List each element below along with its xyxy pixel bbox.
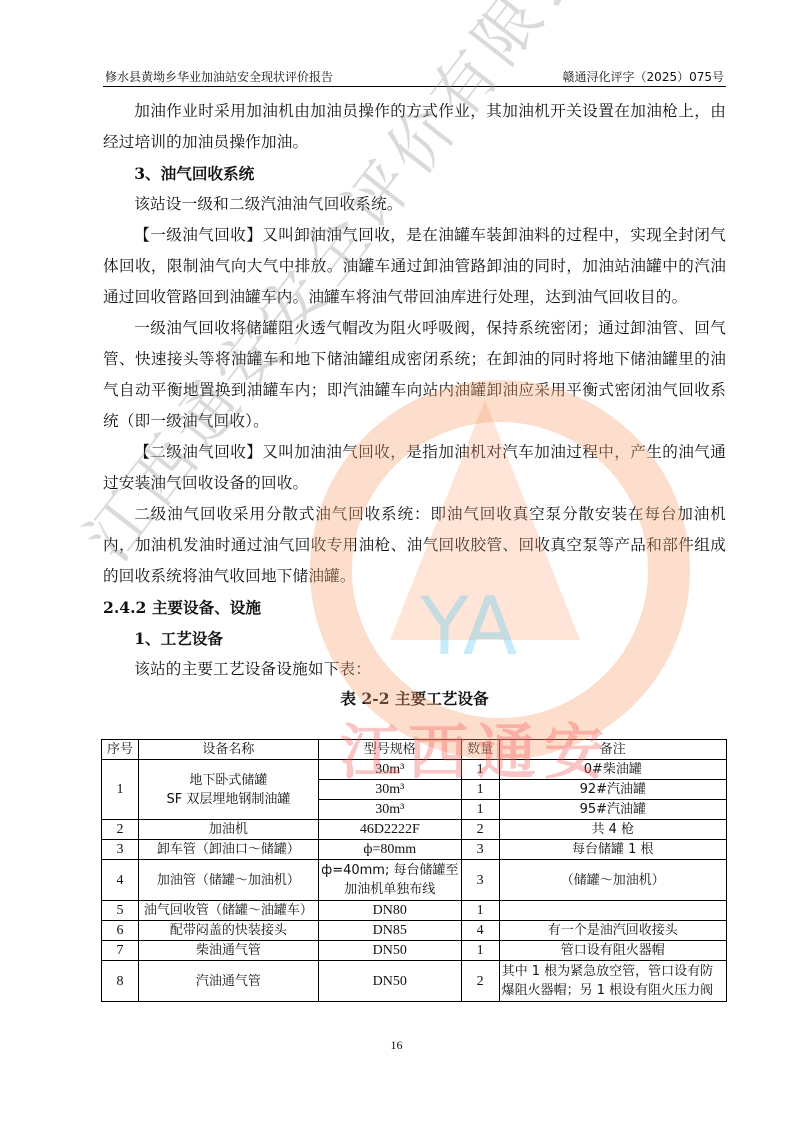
header-cell: 备注 bbox=[499, 740, 726, 760]
document-body: 加油作业时采用加油机由加油员操作的方式作业，其加油机开关设置在加油枪上，由经过培… bbox=[103, 96, 726, 713]
page-header: 修水县黄坳乡华业加油站安全现状评价报告 赣通浔化评字（2025）075号 bbox=[103, 66, 726, 87]
cell-spec: 30m³ bbox=[318, 760, 461, 780]
cell-name: 汽油通气管 bbox=[138, 961, 318, 1002]
paragraph: 【二级油气回收】又叫加油油气回收，是指加油机对汽车加油过程中，产生的油气通过安装… bbox=[103, 437, 726, 499]
table-row: 2 加油机 46D2222F 2 共 4 枪 bbox=[102, 820, 727, 840]
cell-no: 1 bbox=[102, 760, 139, 820]
cell-name: 配带闷盖的快装接头 bbox=[138, 921, 318, 941]
cell-no: 4 bbox=[102, 860, 139, 901]
cell-spec: DN85 bbox=[318, 921, 461, 941]
cell-spec: ф=80mm bbox=[318, 840, 461, 860]
table-row: 5 油气回收管（储罐～油罐车） DN80 1 bbox=[102, 901, 727, 921]
equipment-table: 序号 设备名称 型号规格 数量 备注 1 地下卧式储罐 SF 双层埋地钢制油罐 … bbox=[101, 739, 727, 1002]
cell-no: 3 bbox=[102, 840, 139, 860]
cell-note: （储罐～加油机） bbox=[499, 860, 726, 901]
cell-qty: 3 bbox=[461, 840, 499, 860]
section-heading: 3、油气回收系统 bbox=[103, 158, 726, 189]
cell-no: 6 bbox=[102, 921, 139, 941]
cell-spec: 30m³ bbox=[318, 780, 461, 800]
cell-qty: 1 bbox=[461, 780, 499, 800]
cell-note: 0#柴油罐 bbox=[499, 760, 726, 780]
table-header-row: 序号 设备名称 型号规格 数量 备注 bbox=[102, 740, 727, 760]
section-title: 2.4.2 主要设备、设施 bbox=[103, 592, 726, 623]
cell-no: 5 bbox=[102, 901, 139, 921]
subsection-heading: 1、工艺设备 bbox=[103, 623, 726, 654]
paragraph: 该站设一级和二级汽油油气回收系统。 bbox=[103, 189, 726, 220]
cell-qty: 2 bbox=[461, 820, 499, 840]
table-row: 1 地下卧式储罐 SF 双层埋地钢制油罐 30m³ 1 0#柴油罐 bbox=[102, 760, 727, 780]
cell-qty: 1 bbox=[461, 760, 499, 780]
cell-qty: 3 bbox=[461, 860, 499, 901]
table-row: 3 卸车管（卸油口～储罐） ф=80mm 3 每台储罐 1 根 bbox=[102, 840, 727, 860]
table-row: 8 汽油通气管 DN50 2 其中 1 根为紧急放空管，管口设有防爆阻火器帽；另… bbox=[102, 961, 727, 1002]
table-row: 4 加油管（储罐～加油机） ф=40mm; 每台储罐至加油机单独布线 3 （储罐… bbox=[102, 860, 727, 901]
cell-spec: DN50 bbox=[318, 941, 461, 961]
cell-note: 有一个是油汽回收接头 bbox=[499, 921, 726, 941]
table-row: 7 柴油通气管 DN50 1 管口设有阻火器帽 bbox=[102, 941, 727, 961]
cell-name: 卸车管（卸油口～储罐） bbox=[138, 840, 318, 860]
report-title: 修水县黄坳乡华业加油站安全现状评价报告 bbox=[105, 68, 333, 85]
report-number: 赣通浔化评字（2025）075号 bbox=[563, 68, 724, 85]
paragraph: 一级油气回收将储罐阻火透气帽改为阻火呼吸阀，保持系统密闭；通过卸油管、回气管、快… bbox=[103, 313, 726, 437]
header-cell: 设备名称 bbox=[138, 740, 318, 760]
cell-qty: 1 bbox=[461, 800, 499, 820]
cell-qty: 2 bbox=[461, 961, 499, 1002]
cell-note: 管口设有阻火器帽 bbox=[499, 941, 726, 961]
cell-name: 油气回收管（储罐～油罐车） bbox=[138, 901, 318, 921]
paragraph: 【一级油气回收】又叫卸油油气回收，是在油罐车装卸油料的过程中，实现全封闭气体回收… bbox=[103, 220, 726, 313]
cell-note: 每台储罐 1 根 bbox=[499, 840, 726, 860]
cell-name: 柴油通气管 bbox=[138, 941, 318, 961]
cell-note: 95#汽油罐 bbox=[499, 800, 726, 820]
cell-note: 92#汽油罐 bbox=[499, 780, 726, 800]
header-cell: 数量 bbox=[461, 740, 499, 760]
cell-note bbox=[499, 901, 726, 921]
cell-spec: DN50 bbox=[318, 961, 461, 1002]
cell-qty: 4 bbox=[461, 921, 499, 941]
cell-no: 2 bbox=[102, 820, 139, 840]
paragraph: 该站的主要工艺设备设施如下表： bbox=[103, 654, 726, 685]
cell-name: 加油管（储罐～加油机） bbox=[138, 860, 318, 901]
cell-qty: 1 bbox=[461, 901, 499, 921]
header-cell: 序号 bbox=[102, 740, 139, 760]
paragraph: 加油作业时采用加油机由加油员操作的方式作业，其加油机开关设置在加油枪上，由经过培… bbox=[103, 96, 726, 158]
cell-no: 7 bbox=[102, 941, 139, 961]
cell-spec: DN80 bbox=[318, 901, 461, 921]
cell-note: 共 4 枪 bbox=[499, 820, 726, 840]
cell-name: 加油机 bbox=[138, 820, 318, 840]
table-row: 6 配带闷盖的快装接头 DN85 4 有一个是油汽回收接头 bbox=[102, 921, 727, 941]
cell-no: 8 bbox=[102, 961, 139, 1002]
cell-note: 其中 1 根为紧急放空管，管口设有防爆阻火器帽；另 1 根设有阻火压力阀 bbox=[499, 961, 726, 1002]
cell-qty: 1 bbox=[461, 941, 499, 961]
cell-spec: 30m³ bbox=[318, 800, 461, 820]
header-cell: 型号规格 bbox=[318, 740, 461, 760]
paragraph: 二级油气回收采用分散式油气回收系统：即油气回收真空泵分散安装在每台加油机内，加油… bbox=[103, 499, 726, 592]
page-number: 16 bbox=[0, 1038, 793, 1053]
cell-spec: 46D2222F bbox=[318, 820, 461, 840]
table-caption: 表 2-2 主要工艺设备 bbox=[103, 685, 726, 713]
cell-name: 地下卧式储罐 SF 双层埋地钢制油罐 bbox=[138, 760, 318, 820]
cell-spec: ф=40mm; 每台储罐至加油机单独布线 bbox=[318, 860, 461, 901]
